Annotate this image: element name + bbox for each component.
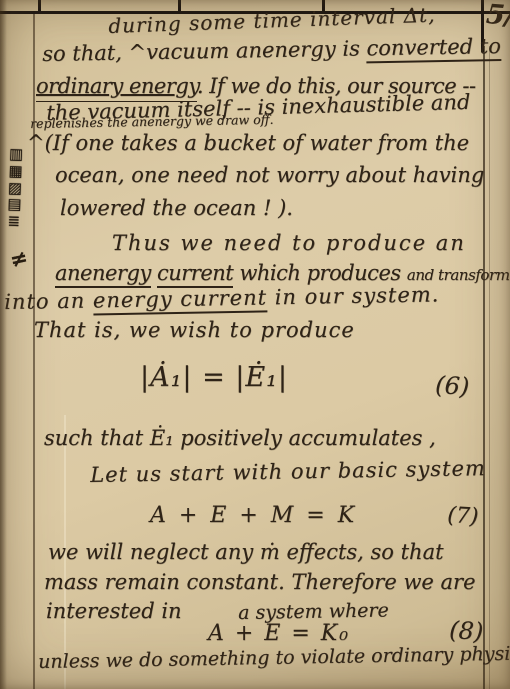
equation-6: |Ȧ₁| = |Ė₁| [140, 362, 288, 393]
line-unless: unless we do something to violate ordina… [38, 643, 510, 674]
text-segment: converted to [366, 34, 501, 63]
text-segment: which produces [233, 261, 407, 285]
text-segment: lowered the ocean ! ). [60, 196, 293, 220]
stamp-glyph: ▥ [9, 147, 24, 163]
line-let-us: Let us start with our basic system [90, 456, 486, 487]
text-segment: replenishes the anenergy we draw off. [30, 112, 274, 131]
inserted-line-interval: during some time interval Δt, [108, 4, 436, 38]
text-segment: Let us start with our basic system [90, 456, 486, 487]
text-segment: so that, ^vacuum anenergy is [42, 36, 367, 66]
grid-stub-1 [38, 0, 41, 12]
line-ocean: ocean, one need not worry about having [55, 163, 484, 187]
text-segment: A + E + M = K [150, 503, 357, 528]
margin-pen-mark: ≠ [8, 244, 30, 272]
text-segment: mass remain constant. Therefore we are [44, 570, 476, 594]
scan-edge-shadow [0, 0, 7, 689]
equation-7-number: (7) [447, 503, 479, 530]
right-margin-rule [483, 46, 485, 689]
text-segment: Thus we need to produce an [112, 231, 466, 255]
equation-6-number: (6) [435, 372, 470, 401]
stamp-glyph: ▦ [8, 164, 23, 180]
text-segment: such that Ė₁ positively accumulates , [44, 426, 436, 450]
text-segment: and transformed [407, 266, 510, 284]
text-segment: anenergy [55, 261, 151, 288]
stamp-glyph: ▨ [8, 180, 23, 196]
line-thus: Thus we need to produce an [112, 231, 466, 255]
line-neglect: we will neglect any ṁ effects, so that [48, 540, 444, 564]
manuscript-page: 5/ ▥▦▨▤≣ ≠ during some time interval Δt,… [0, 0, 510, 689]
line-interested: interested in [46, 599, 182, 623]
text-segment: ^(If one takes a bucket of water from th… [27, 131, 469, 155]
text-segment: energy current [93, 285, 268, 315]
stamp-glyph: ≣ [7, 214, 20, 230]
text-segment: (8) [449, 616, 484, 646]
line-that-is: That is, we wish to produce [34, 318, 355, 342]
text-segment: ocean, one need not worry about having [55, 163, 484, 187]
page-number: 5/ [485, 0, 510, 32]
equation-7: A + E + M = K [150, 503, 357, 528]
text-segment: (6) [435, 371, 470, 401]
text-segment: interested in [46, 599, 182, 623]
left-margin-rule [33, 12, 35, 689]
inserted-line-replenishes: replenishes the anenergy we draw off. [30, 113, 274, 132]
line-mass: mass remain constant. Therefore we are [44, 570, 476, 594]
line-such-that: such that Ė₁ positively accumulates , [44, 426, 436, 450]
text-segment: current [157, 261, 233, 288]
text-segment: That is, we wish to produce [34, 318, 355, 342]
equation-8: A + E = K₀ [208, 621, 350, 646]
text-segment: |Ȧ₁| = |Ė₁| [140, 362, 288, 393]
text-segment: A + E = K₀ [208, 621, 350, 646]
text-segment: we will neglect any ṁ effects, so that [48, 540, 444, 564]
text-segment: in our system. [267, 282, 440, 309]
line-anenergy-current: anenergy current which produces and tran… [55, 261, 510, 285]
stamp-glyph: ▤ [7, 197, 22, 213]
equation-8-number: (8) [449, 617, 484, 646]
grid-stub-2 [178, 0, 181, 12]
text-segment: into an [4, 288, 93, 314]
line-bucket: ^(If one takes a bucket of water from th… [27, 131, 469, 155]
right-margin-rule-2 [489, 46, 490, 689]
text-segment: (7) [447, 503, 479, 530]
line-so-that: so that, ^vacuum anenergy is converted t… [42, 34, 501, 66]
text-segment: unless we do something to violate ordina… [38, 642, 510, 673]
text-segment: during some time interval Δt, [108, 3, 436, 38]
line-lowered: lowered the ocean ! ). [60, 196, 293, 220]
